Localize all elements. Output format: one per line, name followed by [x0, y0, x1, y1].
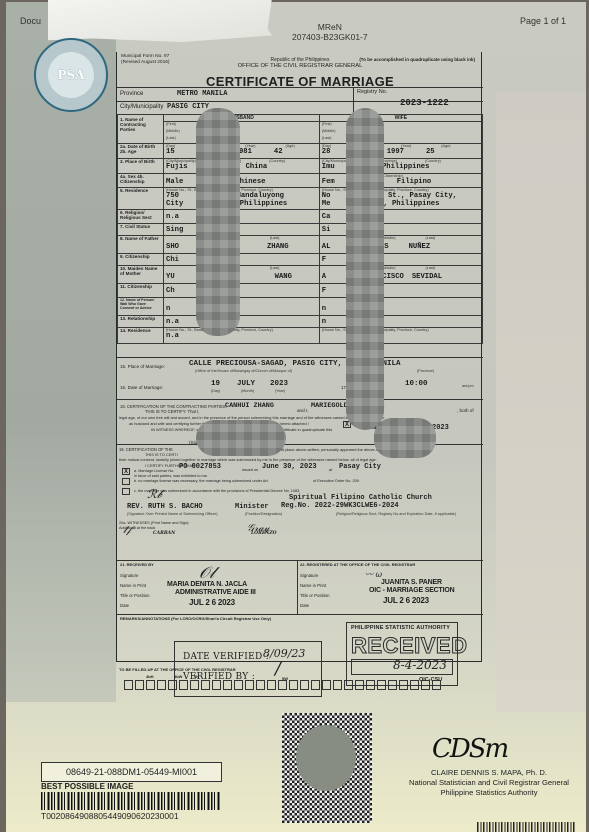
code-box[interactable] — [146, 680, 155, 690]
certification-solemnizer-section: 19. CERTIFICATION OF THE date and place … — [117, 444, 483, 536]
wife-mother-last: SEVIDAL — [412, 273, 442, 281]
wife-residence-cell: (House No., St., Barangay, City/Municipa… — [319, 188, 482, 210]
best-possible-image-label: BEST POSSIBLE IMAGE — [41, 782, 133, 791]
husband-pob: FujisChina — [166, 163, 317, 171]
code-box[interactable] — [388, 680, 397, 690]
code-box[interactable] — [355, 680, 364, 690]
civil-status-label: 7. Civil Status — [118, 224, 164, 236]
redaction-wife-signature — [374, 418, 436, 458]
pob-label: 3. Place of Birth — [118, 159, 164, 174]
date-verified-value: 8/09/23 — [263, 647, 305, 660]
license-issued-at: Pasay City — [339, 463, 381, 471]
wife-consent-cell: n — [319, 298, 482, 316]
at-label: at — [329, 468, 332, 473]
sex-citizenship-label: 4a. Sex 4b. Citizenship — [118, 174, 164, 188]
registry-number: 2023-1222 — [400, 98, 449, 108]
received-signature: 𝒪𝓁 — [199, 563, 214, 583]
father-label: 8. Name of Father — [118, 236, 164, 254]
wife-father-first: AL — [322, 243, 331, 251]
folded-paper-overlay — [48, 0, 272, 42]
received-name-label: Name in Print — [120, 583, 146, 588]
wife-consent-residence-cell: (House No., St., Barangay, City/Municipa… — [319, 328, 482, 344]
psa-received-stamp: PHILIPPINE STATISTIC AUTHORITY RECEIVED … — [346, 622, 458, 686]
sub-last: (Last) — [270, 266, 280, 270]
marriage-details-section: 15. Place of Marriage: CALLE PRECIOUSA-S… — [117, 357, 483, 399]
code-box[interactable] — [344, 680, 353, 690]
sub-last: (Last) — [425, 266, 435, 270]
husband-sex: Male — [166, 178, 183, 186]
husband-residence-1: 750vd., Mandaluyong — [166, 192, 317, 200]
received-name: MARIA DENITA N. JACLA — [167, 581, 247, 588]
city-row: City/Municipality PASIG CITY 2023-1222 — [117, 101, 483, 114]
residence-label: 5. Residence — [118, 188, 164, 210]
husband-pob-city: Fujis — [166, 163, 188, 171]
code-box[interactable] — [311, 680, 320, 690]
received-title: ADMINISTRATIVE AIDE III — [175, 589, 256, 596]
registered-heading: 22. REGISTERED AT THE OFFICE OF THE CIVI… — [300, 562, 415, 567]
verified-by-signature: / — [275, 658, 281, 679]
barcode-number: T0020864908805449090620230001 — [41, 811, 179, 821]
husband-father-citizenship-cell: Chi — [164, 254, 320, 266]
row-label: 1. Name of Contracting Parties — [120, 115, 161, 132]
mren-code: MReN 207403-B23GK01-7 — [292, 22, 368, 42]
solemnizer-name: REV. RUTH S. BACHO — [127, 503, 203, 511]
both-of: , both of — [457, 408, 474, 413]
code-box[interactable] — [256, 680, 265, 690]
husband-header: HUSBAND — [164, 115, 320, 122]
marriage-year: 2023 — [270, 380, 288, 388]
redaction-husband — [196, 108, 240, 336]
license-issued-on: June 30, 2023 — [262, 463, 317, 471]
religion-sub: (Religion/Religious Sect, Registry No.an… — [331, 512, 461, 516]
party-details-table: 1. Name of Contracting Parties HUSBAND W… — [117, 114, 483, 344]
code-box[interactable] — [366, 680, 375, 690]
wife-header: WIFE — [319, 115, 482, 122]
wife-religion-cell: Ca — [319, 210, 482, 224]
husband-mother-last: WANG — [275, 273, 292, 281]
husband-residence-2: CityManila, Philippines — [166, 200, 317, 208]
wife-father-citizenship-cell: F — [319, 254, 482, 266]
code-box[interactable] — [410, 680, 419, 690]
received-date: JUL 2 6 2023 — [189, 598, 235, 607]
wife-name-cell: (First) (Middle) (Last) — [319, 122, 482, 144]
solemnizer-reg-no: Reg.No. 2022-29WK3CLWE6-2024 — [281, 502, 399, 510]
qr-redaction — [296, 725, 356, 791]
page-indicator: Page 1 of 1 — [520, 16, 566, 26]
city-label: City/Municipality — [120, 104, 163, 110]
wife-pob-city: Imu — [322, 163, 335, 171]
marriage-time: 10:00 — [405, 380, 428, 388]
mren-label: MReN — [292, 22, 368, 32]
code-box[interactable] — [157, 680, 166, 690]
place-label: 15. Place of Marriage: — [120, 364, 165, 369]
religion-label: 6. Religion/ Religious Sect — [118, 210, 164, 224]
registered-title-label: Title or Position — [300, 593, 329, 598]
official-org: Philippine Statistics Authority — [400, 788, 578, 798]
solemnizer-sub: (Signature Over Printed Name of Solemniz… — [127, 512, 217, 516]
sub-age: (Age) — [441, 144, 450, 148]
husband-relationship: n.a — [166, 318, 317, 326]
stamp-received-word: RECEIVED — [351, 633, 467, 659]
registry-label: Registry No. — [357, 89, 387, 95]
father-subs: (Middle)(Last) — [166, 236, 317, 240]
section-divider — [297, 561, 298, 615]
official-signature: CDSm — [432, 734, 507, 764]
husband-name-cell: (First) (Middle) (Last) — [164, 122, 320, 144]
solemnizer-signature: ℛ𝒷 — [147, 487, 162, 502]
relationship-label: 13. Relationship — [118, 316, 164, 328]
sub-age: (Age) — [285, 144, 294, 148]
code-5w: 5W — [282, 676, 288, 681]
registered-date: JUL 2 6 2023 — [383, 596, 429, 605]
date-sub-year: (Year) — [275, 389, 285, 393]
and-i: and I, — [297, 408, 309, 413]
husband-residence-2a: City — [166, 200, 183, 208]
code-box[interactable] — [333, 680, 342, 690]
code-box[interactable] — [135, 680, 144, 690]
code-box[interactable] — [179, 680, 188, 690]
wife-father-cell: (Middle)(Last) ALALAFRESNUÑEZ — [319, 236, 482, 254]
code-box[interactable] — [124, 680, 133, 690]
husband-consent-residence-cell: (House No., St., Barangay, City/Municipa… — [164, 328, 320, 344]
am-pm: am/pm — [462, 384, 474, 388]
wife-civil-status-cell: Si — [319, 224, 482, 236]
witness-2-name: LORENZO — [251, 531, 277, 536]
wife-mother-cell: (Middle)(Last) AON FRANCISCOSEVIDAL — [319, 266, 482, 284]
no-license-text: b. no marriage license was necessary, th… — [134, 479, 269, 484]
wife-mother-first: A — [322, 273, 326, 281]
sub-last: (Last) — [425, 236, 435, 240]
license-exhibited-checkbox[interactable]: X — [122, 468, 130, 475]
wife-residence-2a: Me — [322, 200, 331, 208]
received-signature-label: Signature — [120, 573, 138, 578]
remarks-heading: REMARKS/ANNOTATIONS (For LCRO/OCRG/Shari… — [120, 616, 271, 621]
code-box[interactable] — [322, 680, 331, 690]
seal-text: PSA — [48, 52, 94, 98]
father-citizenship-label: 9. Citizenship — [118, 254, 164, 266]
husband-residence-cell: (House No., St., Barangay, City/Municipa… — [164, 188, 320, 210]
code-box[interactable] — [421, 680, 430, 690]
registered-signature: 〰 ω — [365, 569, 382, 580]
place-sub-office: (Office of the/House of/Barangay of/Chur… — [195, 369, 292, 373]
husband-mother-cell: (Middle)(Last) YUWANG — [164, 266, 320, 284]
husband-religion-cell: n.a — [164, 210, 320, 224]
barcode-small — [477, 822, 575, 832]
no-license-checkbox[interactable] — [122, 478, 130, 485]
code-box[interactable] — [289, 680, 298, 690]
code-box[interactable] — [245, 680, 254, 690]
redaction-wife — [346, 108, 384, 430]
registered-name-label: Name in Print — [300, 583, 326, 588]
husband-mother: YUWANG — [166, 273, 317, 281]
code-box[interactable] — [267, 680, 276, 690]
document-code: 08649-21-088DM1-05449-MI001 — [41, 762, 222, 782]
wife-pob-cell: (City/Municipality)(Province)(Country) I… — [319, 159, 482, 174]
code-box[interactable] — [212, 680, 221, 690]
license-number: PO 0027853 — [179, 463, 221, 471]
code-box[interactable] — [399, 680, 408, 690]
received-heading: 21. RECEIVED BY — [120, 562, 154, 567]
husband-father-citizenship: Chi — [166, 256, 317, 264]
marriage-month: JULY — [237, 380, 255, 388]
quadruplicate-note: (To be accomplished in quadruplicate usi… — [359, 57, 475, 62]
husband-father-first: SHO — [166, 243, 179, 251]
code-box[interactable] — [377, 680, 386, 690]
wife-sex-cell: (Citizenship) FemFilipino — [319, 174, 482, 188]
code-box[interactable] — [300, 680, 309, 690]
husband-dob: 15198142 — [166, 148, 317, 156]
husband-relationship-cell: n.a — [164, 316, 320, 328]
husband-civil-status-cell: Sing — [164, 224, 320, 236]
solemnizer-position: Minister — [235, 503, 269, 511]
wife-relationship-cell: n — [319, 316, 482, 328]
sub-country: (Country) — [269, 159, 285, 163]
received-date-label: Date — [120, 603, 129, 608]
pd1083-checkbox[interactable] — [122, 488, 130, 495]
husband-father-last: ZHANG — [267, 243, 289, 251]
husband-consent-residence: n.a — [166, 332, 317, 340]
husband-consent: n — [166, 305, 317, 313]
redaction-husband-signature — [196, 420, 286, 456]
official-title: National Statistician and Civil Registra… — [400, 778, 578, 788]
sub-last: (Last) — [270, 236, 280, 240]
date-sub-day: (Day) — [211, 389, 220, 393]
husband-dob-cell: (Day)(Year)(Age) 15198142 — [164, 144, 320, 159]
husband-mother-citizenship: Ch — [166, 287, 317, 295]
witness-1-name: CARBAN — [153, 531, 175, 536]
marriage-day: 19 — [211, 380, 220, 388]
wife-sex: Fem — [322, 178, 335, 186]
registered-name: JUANITA S. PANER — [381, 579, 442, 586]
consent-residence-label: 14. Residence — [118, 328, 164, 344]
security-paper-right-band — [496, 92, 586, 712]
office-label: OFFICE OF THE CIVIL REGISTRAR GENERAL — [117, 63, 483, 69]
code-4bh: 4bH — [146, 674, 154, 679]
code-box[interactable] — [190, 680, 199, 690]
wife-dob-cell: (Day)(Year)(Age) 28y199725 — [319, 144, 482, 159]
document-label: Docu — [20, 16, 41, 26]
wife-father-last: NUÑEZ — [409, 243, 431, 251]
husband-mother-first: YU — [166, 273, 175, 281]
consent-label: 12. Name of Person/ Wali Who Gave Consen… — [118, 298, 164, 316]
province-label: Province — [120, 91, 143, 97]
place-sub-province: (Province) — [417, 369, 434, 373]
received-title-label: Title or Position — [120, 593, 149, 598]
code-box[interactable] — [234, 680, 243, 690]
sub-first: (First) — [166, 122, 317, 126]
wife-age: 25 — [426, 148, 435, 156]
husband-pob-country: China — [246, 163, 268, 171]
psa-seal-icon: PSA — [34, 38, 108, 112]
registrar-code-boxes — [124, 680, 441, 690]
wife-residence-1a: No — [322, 192, 331, 200]
official-name: CLAIRE DENNIS S. MAPA, Ph. D. — [400, 768, 578, 778]
form-header: Municipal Form No. 97 (Revised August 20… — [117, 52, 483, 84]
mother-label: 10. Maiden Name of Mother — [118, 266, 164, 284]
received-registered-section: 21. RECEIVED BY Signature Name in Print … — [117, 560, 483, 614]
stamp-org: PHILIPPINE STATISTIC AUTHORITY — [351, 625, 450, 631]
husband-pob-cell: (City/Municipality)(Province)(Country) F… — [164, 159, 320, 174]
husband-consent-cell: n — [164, 298, 320, 316]
husband-civil-status: Sing — [166, 226, 317, 234]
mother-subs: (Middle)(Last) — [166, 266, 317, 270]
husband-residence-1a: 750 — [166, 192, 179, 200]
party1-name: CANHUI ZHANG — [225, 402, 274, 410]
stamp-date: 8-4-2023 — [393, 658, 447, 672]
mren-value: 207403-B23GK01-7 — [292, 32, 368, 42]
wife-citizenship: Filipino — [397, 178, 432, 186]
issued-on-label: issued on — [242, 468, 258, 473]
wife-dob-year: 1997 — [387, 148, 404, 156]
cert18-certify: THIS IS TO CERTIFY: That I, — [145, 409, 199, 414]
husband-religion: n.a — [166, 213, 317, 221]
church-name: Spiritual Filipino Catholic Church — [289, 494, 432, 502]
registered-date-label: Date — [300, 603, 309, 608]
marriage-certificate-form: Municipal Form No. 97 (Revised August 20… — [116, 52, 482, 662]
code-box[interactable] — [432, 680, 441, 690]
province-value: METRO MANILA — [177, 90, 227, 98]
wife-mother-citizenship-cell: F — [319, 284, 482, 298]
no-license-tail: of Executive Order No. 209. — [313, 479, 360, 484]
code-5h: 5H — [194, 674, 199, 679]
husband-father-cell: (Middle)(Last) SHOZHANG — [164, 236, 320, 254]
code-4bw: 4bW — [174, 674, 182, 679]
sub-middle: (Middle) — [166, 129, 317, 133]
registered-signature-label: Signature — [300, 573, 318, 578]
date-sub-month: (Month) — [241, 389, 254, 393]
date-label: 16. Date of Marriage: — [120, 385, 163, 390]
code-box[interactable] — [168, 680, 177, 690]
code-box[interactable] — [223, 680, 232, 690]
husband-sex-citizenship: MaleChinese — [166, 178, 317, 186]
cert19-line2: their mutual consent, lawfully joined to… — [119, 457, 377, 462]
husband-sex-cell: (Citizenship) MaleChinese — [164, 174, 320, 188]
husband-dob-day: 15 — [166, 148, 175, 156]
witness-signature-1: 𝓁𝒻 — [123, 525, 131, 536]
husband-mother-citizenship-cell: Ch — [164, 284, 320, 298]
husband-age: 42 — [274, 148, 283, 156]
date-verified-label: DATE VERIFIED : — [183, 652, 269, 662]
code-box[interactable] — [278, 680, 287, 690]
barcode — [41, 792, 220, 810]
position-sub: (Position/Designation) — [245, 512, 282, 516]
dob-label: 2a. Date of Birth 2b. Age — [118, 144, 164, 159]
official-signatory: CLAIRE DENNIS S. MAPA, Ph. D. National S… — [400, 768, 578, 798]
code-box[interactable] — [201, 680, 210, 690]
name-label-cell: 1. Name of Contracting Parties — [118, 115, 164, 144]
sub-last: (Last) — [166, 136, 317, 140]
mother-citizenship-label: 11. Citizenship — [118, 284, 164, 298]
registered-title: OIC - MARRIAGE SECTION — [369, 587, 454, 594]
wife-dob-day: 28 — [322, 148, 331, 156]
city-value: PASIG CITY — [167, 103, 209, 111]
husband-father: SHOZHANG — [166, 243, 317, 251]
